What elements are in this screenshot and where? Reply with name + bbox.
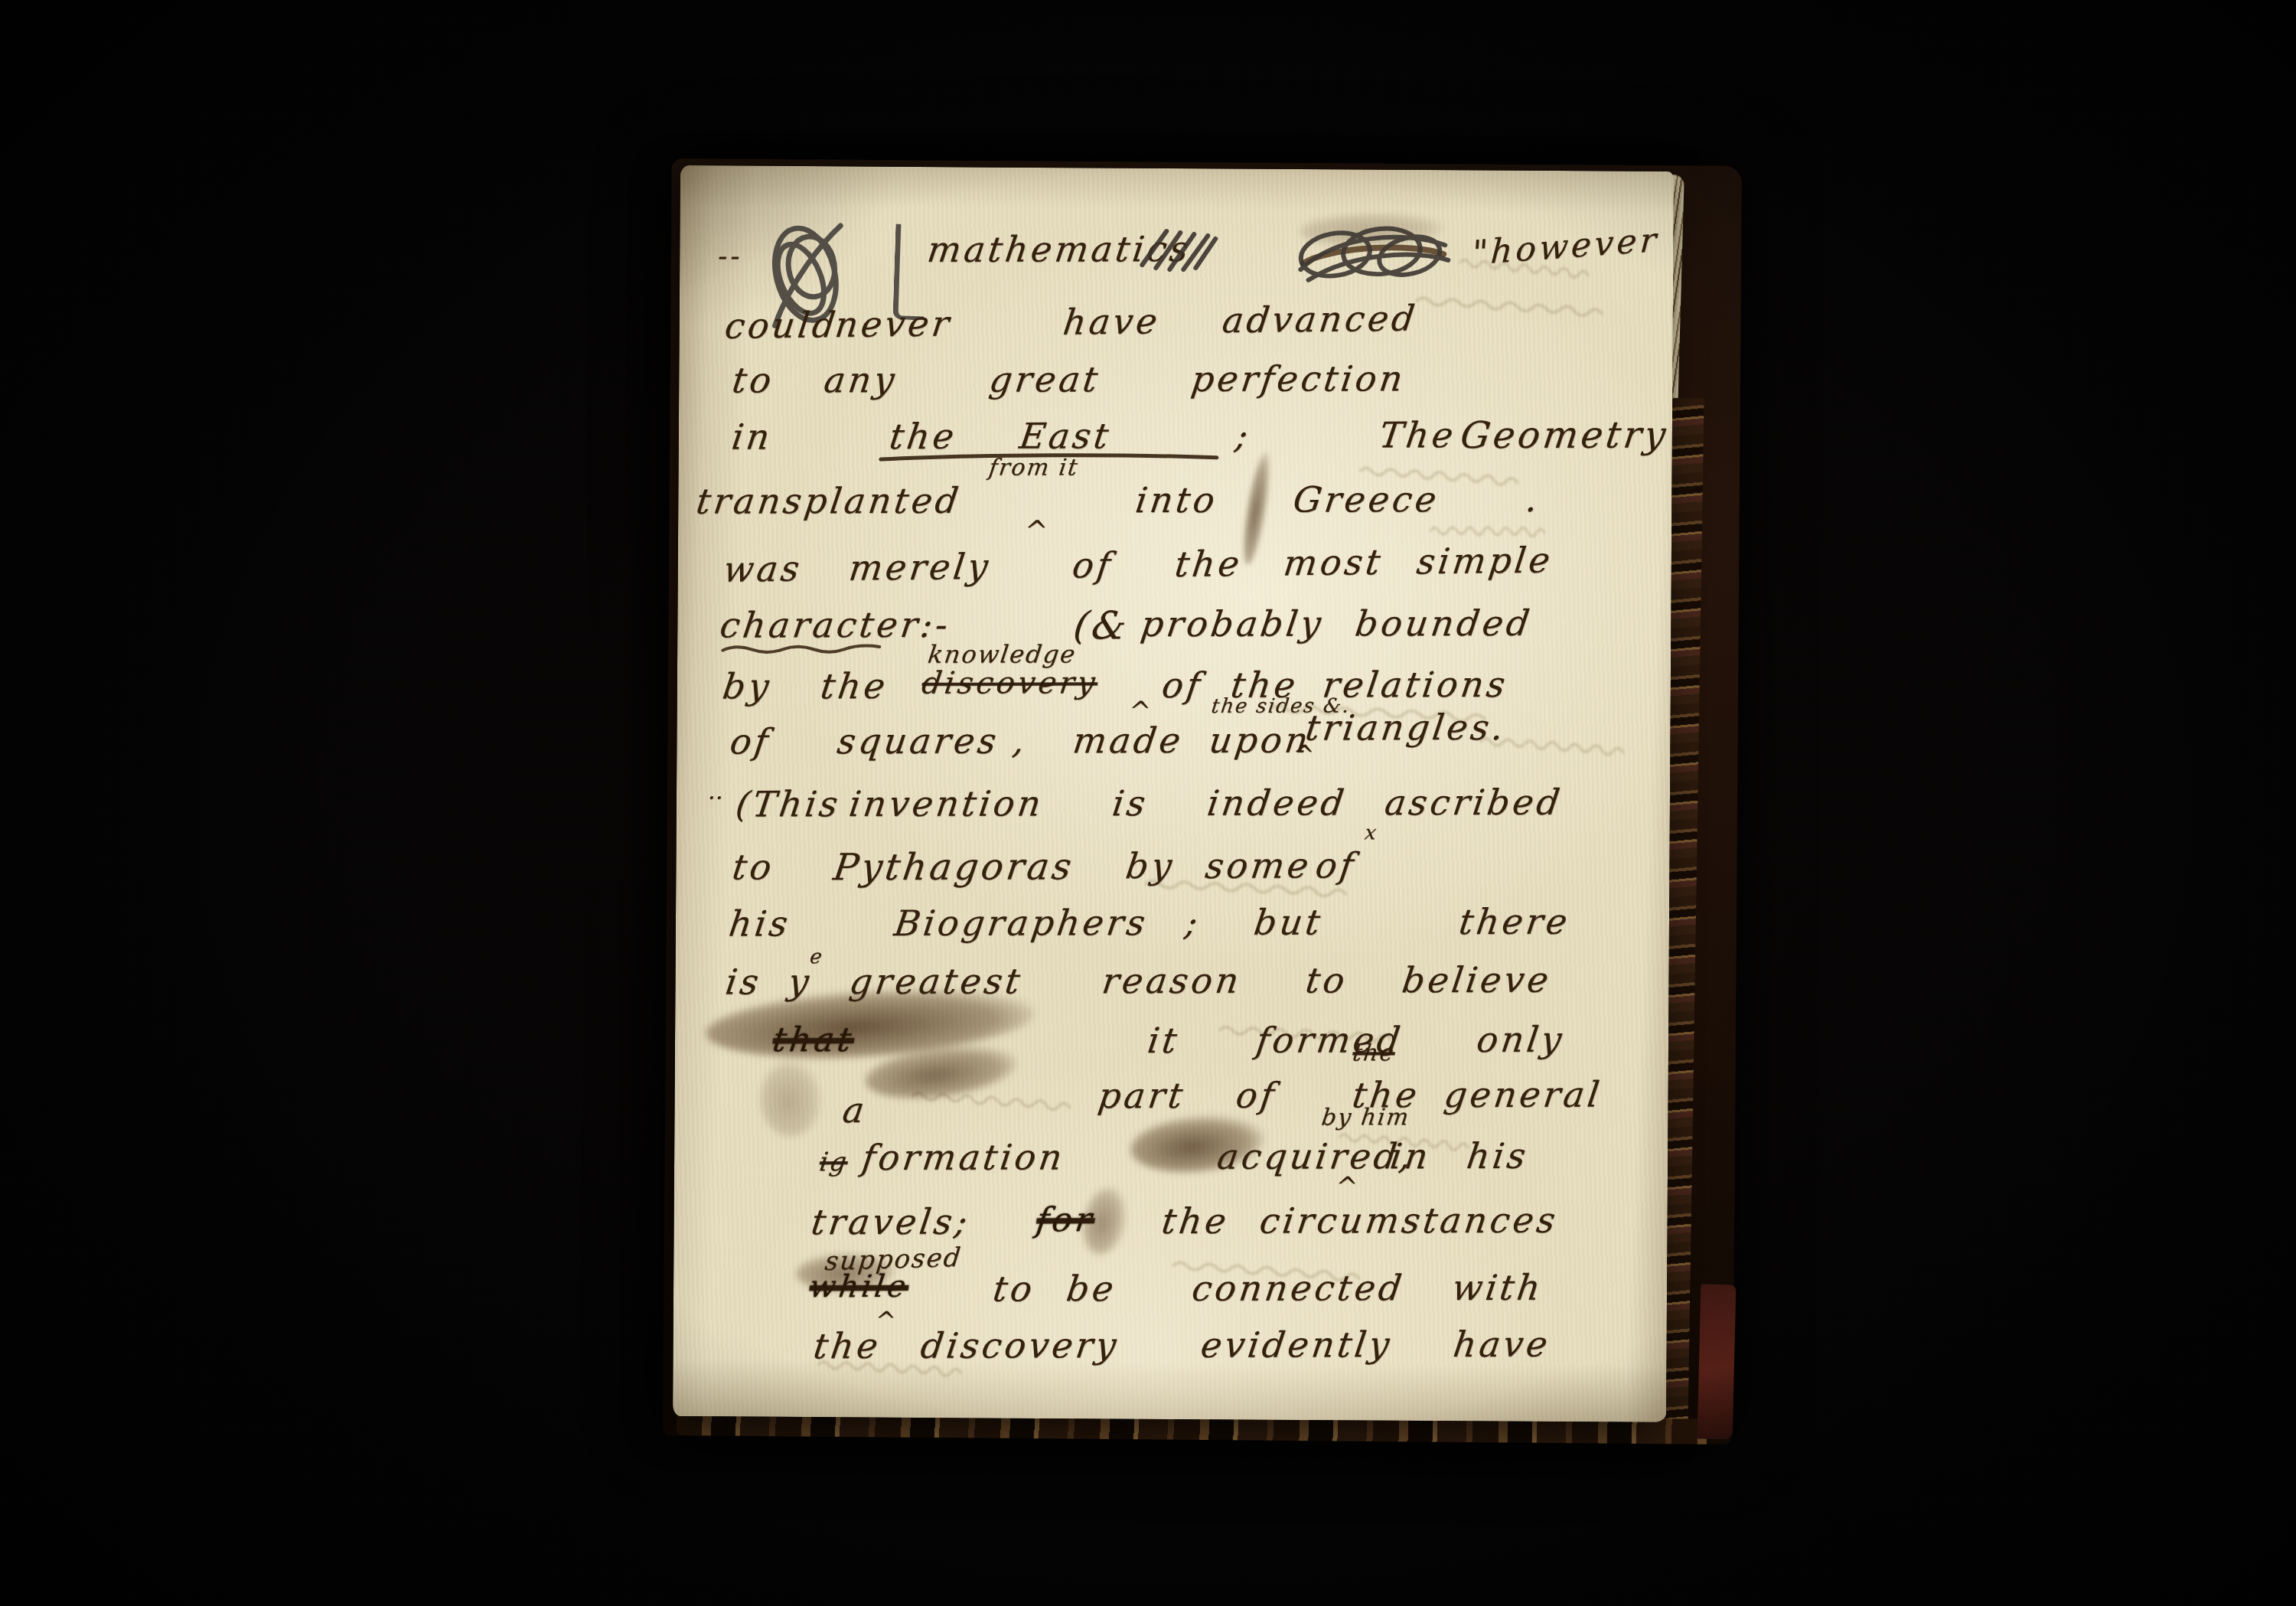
handwritten-word: discovery — [918, 1327, 1121, 1363]
handwritten-word: there — [1457, 904, 1573, 939]
handwritten-word: in — [1388, 1138, 1433, 1173]
manuscript-line: isyegreatestreasontobelieve — [675, 961, 1668, 1013]
handwritten-word: great — [987, 361, 1103, 397]
handwritten-word: is — [723, 964, 764, 999]
handwritten-word: could — [723, 307, 840, 344]
handwritten-word: acquired, — [1215, 1138, 1417, 1174]
leather-corner — [1698, 1284, 1737, 1439]
manuscript-line: ‥(Thisinventionisindeedascribed — [677, 784, 1670, 835]
handwritten-word: to — [991, 1271, 1038, 1306]
handwritten-word: with — [1450, 1270, 1546, 1305]
handwritten-word: made — [1071, 723, 1186, 758]
handwritten-word: squares , — [835, 723, 1030, 759]
manuscript-line: transplantedfrom it^intoGreece. — [678, 481, 1671, 532]
handwritten-word: knowledge — [926, 641, 1078, 667]
handwritten-word: transplanted — [694, 483, 964, 519]
handwritten-word: for — [1034, 1203, 1097, 1237]
scribble-word-mark — [1289, 211, 1451, 294]
handwritten-word: y — [786, 964, 814, 999]
handwritten-word: x — [1363, 823, 1378, 843]
page: --mathematics"howevercouldneverhaveadvan… — [673, 165, 1674, 1422]
handwritten-word: into — [1133, 482, 1220, 517]
handwritten-word: simple — [1415, 542, 1555, 579]
manuscript-line: couldneverhaveadvanced — [679, 298, 1673, 358]
handwritten-word: formation — [860, 1139, 1068, 1175]
handwritten-word: but — [1252, 904, 1326, 939]
handwritten-word: the — [1351, 1042, 1396, 1065]
handwritten-word: most — [1282, 544, 1385, 581]
handwritten-word: "however — [1471, 224, 1660, 270]
handwritten-word: ; — [1183, 905, 1203, 940]
handwritten-word: by — [1124, 848, 1177, 883]
manuscript-line: bytheknowledgediscovery^oftherelationsth… — [677, 666, 1671, 717]
handwritten-word: ^ — [873, 1308, 899, 1333]
handwritten-word: Greece — [1291, 481, 1442, 517]
manuscript-line: toPythagorasbysomeofx — [676, 847, 1669, 898]
manuscript-line: hisBiographers;butthere — [676, 903, 1669, 955]
handwritten-word: triangles. — [1303, 710, 1508, 746]
manuscript-line: ofsquares ,madeupon^triangles. — [677, 721, 1670, 772]
manuscript-line: toanygreatperfection — [679, 360, 1672, 411]
handwritten-word: connected — [1190, 1270, 1407, 1306]
handwritten-word: invention — [847, 785, 1046, 821]
handwritten-word: to — [1303, 962, 1350, 997]
handwritten-word: (This — [734, 786, 843, 821]
handwritten-word: part — [1096, 1078, 1188, 1113]
handwritten-word: to — [730, 849, 777, 884]
handwritten-word: some — [1203, 848, 1314, 883]
handwritten-word: bounded — [1353, 606, 1534, 641]
handwritten-word: the — [1159, 1203, 1231, 1239]
handwritten-word: ^ — [1022, 517, 1052, 545]
handwritten-word: -- — [716, 243, 745, 270]
handwritten-word: of — [1313, 847, 1358, 883]
manuscript-line: igformationacquired,by him^inhis — [674, 1138, 1668, 1189]
handwritten-word: character:- — [718, 607, 953, 643]
handwritten-word: while — [807, 1271, 911, 1302]
handwritten-word: a — [840, 1092, 869, 1128]
hatch-mark — [1136, 225, 1220, 273]
manuscript-line: the^discoveryevidentlyhave — [673, 1326, 1666, 1377]
handwritten-word: of — [728, 723, 773, 759]
handwritten-word: was — [722, 550, 804, 586]
manuscript-line: --mathematics"however — [680, 230, 1673, 281]
handwritten-word: ; — [1234, 418, 1254, 453]
handwritten-word: (& — [1071, 606, 1132, 645]
handwritten-word: merely — [847, 549, 993, 586]
handwritten-word: ‥ — [707, 781, 727, 804]
handwritten-word: ascribed — [1383, 785, 1565, 821]
handwritten-word: greatest — [847, 963, 1025, 999]
wavy-mark — [720, 642, 887, 655]
handwritten-word: the — [1173, 546, 1244, 582]
handwritten-word: only — [1475, 1022, 1567, 1057]
handwritten-word: believe — [1400, 962, 1554, 998]
manuscript-line: intheEast;TheGeometry — [679, 416, 1672, 468]
handwritten-word: indeed — [1205, 785, 1349, 820]
handwritten-word: The — [1378, 417, 1459, 452]
handwritten-word: perfection — [1189, 361, 1408, 397]
handwritten-word: probably — [1139, 606, 1326, 641]
handwritten-word: travels; — [809, 1204, 972, 1240]
handwritten-word: of — [1234, 1078, 1279, 1113]
handwritten-word: Pythagoras — [831, 848, 1077, 886]
handwritten-word: the — [819, 668, 891, 703]
photo-scene: --mathematics"howevercouldneverhaveadvan… — [0, 0, 2296, 1606]
handwritten-word: Biographers — [892, 905, 1150, 941]
handwritten-word: by — [721, 668, 775, 703]
handwritten-word: of — [1160, 668, 1205, 703]
manuscript-line: whiletobeconnectedwith — [673, 1269, 1667, 1320]
handwritten-word: that — [771, 1023, 856, 1057]
handwritten-word: evidently — [1199, 1327, 1394, 1363]
handwritten-word: be — [1065, 1271, 1119, 1306]
handwritten-word: advanced — [1221, 300, 1420, 338]
handwritten-word: . — [1524, 481, 1543, 517]
manuscript-line: apartofthethegeneral — [674, 1076, 1668, 1128]
handwritten-word: to — [730, 362, 777, 397]
handwritten-word: discovery — [920, 668, 1100, 699]
handwritten-word: his — [727, 906, 793, 941]
handwritten-word: the — [888, 419, 960, 454]
handwritten-word: of — [1071, 547, 1116, 583]
handwritten-word: is — [1110, 785, 1151, 821]
handwritten-word: general — [1442, 1077, 1604, 1113]
handwritten-word: by him — [1320, 1106, 1411, 1129]
handwritten-word: have — [1062, 303, 1163, 340]
handwritten-word: in — [730, 419, 775, 454]
handwritten-word: never — [833, 305, 954, 342]
manuscript-line: thatitformedonly — [675, 1021, 1668, 1072]
handwritten-word: it — [1146, 1023, 1182, 1058]
handwritten-word: from it — [987, 456, 1080, 479]
manuscript-line: character:-(&probablybounded — [677, 605, 1671, 656]
handwritten-word: e — [809, 947, 825, 967]
handwritten-word: East — [1018, 418, 1114, 453]
manuscript-line: wasmerelyofthemostsimple — [677, 541, 1671, 602]
handwritten-word: any — [822, 362, 899, 397]
handwritten-word: reason — [1100, 963, 1244, 998]
handwritten-word: ^ — [1334, 1173, 1361, 1200]
handwritten-word: ig — [818, 1149, 850, 1175]
handwritten-word: Geometry — [1458, 416, 1671, 454]
handwritten-word: his — [1465, 1138, 1531, 1173]
handwritten-word: have — [1451, 1327, 1553, 1362]
